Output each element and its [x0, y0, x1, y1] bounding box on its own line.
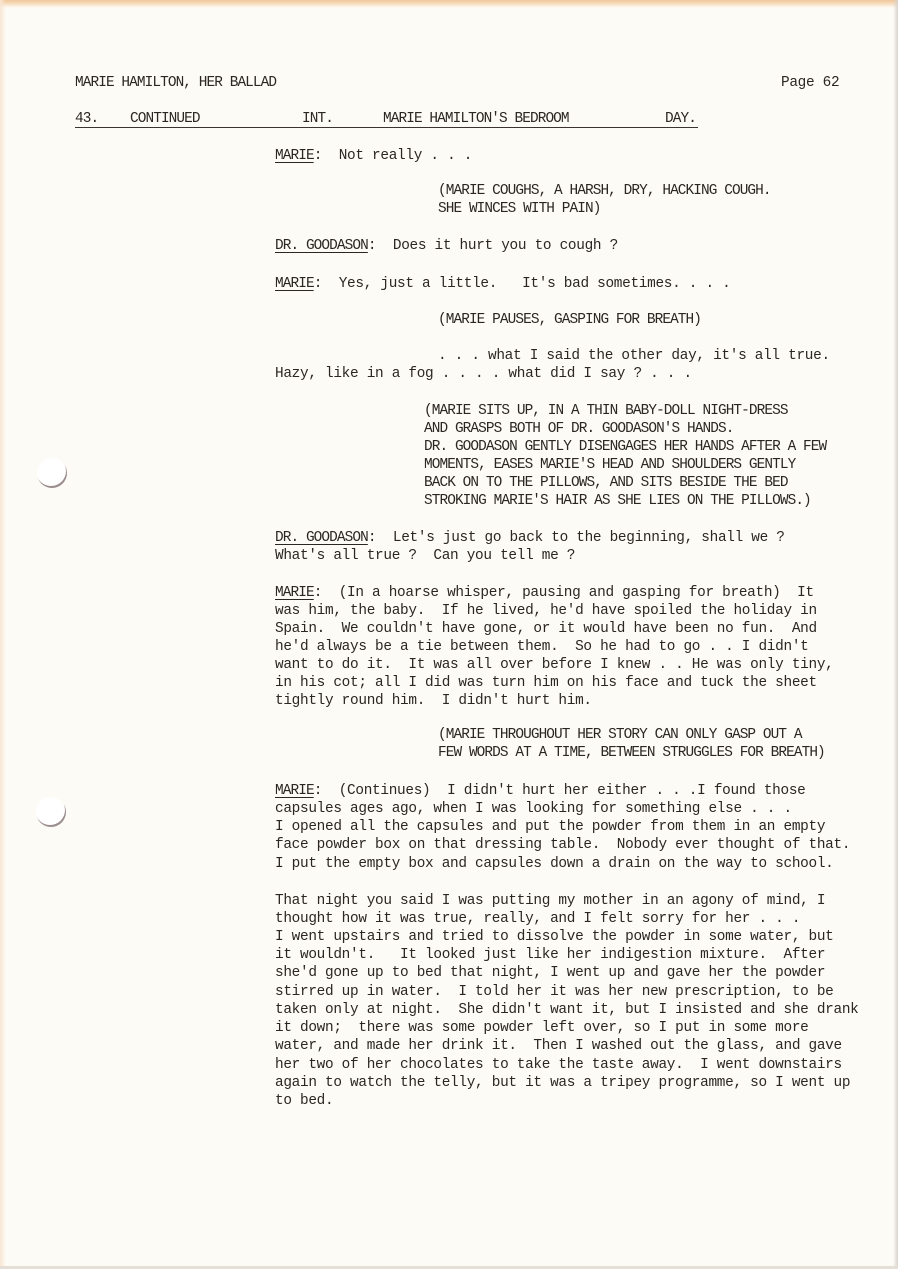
- dialogue-line: thought how it was true, really, and I f…: [275, 910, 800, 928]
- dialogue-line: face powder box on that dressing table. …: [275, 836, 850, 854]
- stage-direction-line: (MARIE PAUSES, GASPING FOR BREATH): [438, 311, 701, 329]
- scene-location: MARIE HAMILTON'S BEDROOM: [383, 110, 569, 128]
- dialogue-line: she'd gone up to bed that night, I went …: [275, 964, 825, 982]
- speaker-name: MARIE: [275, 783, 314, 799]
- speaker-name: MARIE: [275, 148, 314, 164]
- dialogue-block: MARIE: Yes, just a little. It's bad some…: [275, 275, 731, 293]
- punch-hole-icon: [37, 458, 67, 488]
- dialogue-line: Does it hurt you to cough ?: [393, 238, 618, 254]
- page-number: Page 62: [781, 74, 839, 92]
- stage-direction-line: (MARIE THROUGHOUT HER STORY CAN ONLY GAS…: [438, 726, 802, 744]
- scene-status: CONTINUED: [130, 110, 200, 128]
- dialogue-line: he'd always be a tie between them. So he…: [275, 638, 809, 656]
- dialogue-line: I opened all the capsules and put the po…: [275, 818, 825, 836]
- script-title: MARIE HAMILTON, HER BALLAD: [75, 74, 276, 92]
- scene-number: 43.: [75, 110, 98, 128]
- dialogue-line: taken only at night. She didn't want it,…: [275, 1001, 859, 1019]
- speaker-name: MARIE: [275, 276, 314, 292]
- dialogue-block: MARIE: (In a hoarse whisper, pausing and…: [275, 584, 814, 602]
- dialogue-line: Yes, just a little. It's bad sometimes. …: [339, 276, 731, 292]
- speaker-name: DR. GOODASON: [275, 530, 368, 546]
- dialogue-line: water, and made her drink it. Then I was…: [275, 1037, 842, 1055]
- stage-direction-line: DR. GOODASON GENTLY DISENGAGES HER HANDS…: [424, 438, 826, 456]
- dialogue-line: again to watch the telly, but it was a t…: [275, 1074, 850, 1092]
- dialogue-line: in his cot; all I did was turn him on hi…: [275, 674, 817, 692]
- paper-top-edge: [0, 0, 898, 8]
- dialogue-block: MARIE: (Continues) I didn't hurt her eit…: [275, 782, 806, 800]
- dialogue-line: Not really . . .: [339, 148, 472, 164]
- dialogue-line: capsules ages ago, when I was looking fo…: [275, 800, 792, 818]
- dialogue-line: was him, the baby. If he lived, he'd hav…: [275, 602, 817, 620]
- stage-direction-line: AND GRASPS BOTH OF DR. GOODASON'S HANDS.: [424, 420, 733, 438]
- stage-direction-line: MOMENTS, EASES MARIE'S HEAD AND SHOULDER…: [424, 456, 795, 474]
- dialogue-line: (Continues) I didn't hurt her either . .…: [339, 783, 806, 799]
- dialogue-line: I went upstairs and tried to dissolve th…: [275, 928, 834, 946]
- dialogue-line: I put the empty box and capsules down a …: [275, 855, 834, 873]
- dialogue-block: MARIE: Not really . . .: [275, 147, 472, 165]
- dialogue-line: it wouldn't. It looked just like her ind…: [275, 946, 825, 964]
- dialogue-line: it down; there was some powder left over…: [275, 1019, 809, 1037]
- dialogue-line: Hazy, like in a fog . . . . what did I s…: [275, 365, 692, 383]
- stage-direction-line: (MARIE COUGHS, A HARSH, DRY, HACKING COU…: [438, 182, 771, 200]
- dialogue-line: (In a hoarse whisper, pausing and gaspin…: [339, 585, 814, 601]
- dialogue-line: want to do it. It was all over before I …: [275, 656, 834, 674]
- dialogue-line: to bed.: [275, 1092, 333, 1110]
- dialogue-line: What's all true ? Can you tell me ?: [275, 547, 575, 565]
- dialogue-line: . . . what I said the other day, it's al…: [438, 347, 830, 365]
- scene-location-type: INT.: [302, 110, 333, 128]
- dialogue-block: DR. GOODASON: Does it hurt you to cough …: [275, 237, 618, 255]
- punch-hole-icon: [36, 797, 66, 827]
- stage-direction-line: FEW WORDS AT A TIME, BETWEEN STRUGGLES F…: [438, 744, 825, 762]
- stage-direction-line: SHE WINCES WITH PAIN): [438, 200, 600, 218]
- stage-direction-line: BACK ON TO THE PILLOWS, AND SITS BESIDE …: [424, 474, 788, 492]
- dialogue-line: tightly round him. I didn't hurt him.: [275, 692, 592, 710]
- stage-direction-line: (MARIE SITS UP, IN A THIN BABY-DOLL NIGH…: [424, 402, 788, 420]
- stage-direction-line: STROKING MARIE'S HAIR AS SHE LIES ON THE…: [424, 492, 811, 510]
- script-page: MARIE HAMILTON, HER BALLAD Page 62 43. C…: [0, 0, 898, 1269]
- paper-left-edge: [0, 0, 6, 1269]
- dialogue-line: Let's just go back to the beginning, sha…: [393, 530, 785, 546]
- dialogue-line: Spain. We couldn't have gone, or it woul…: [275, 620, 817, 638]
- paper-right-edge: [893, 0, 898, 1269]
- dialogue-line: stirred up in water. I told her it was h…: [275, 983, 834, 1001]
- speaker-name: MARIE: [275, 585, 314, 601]
- dialogue-line: her two of her chocolates to take the ta…: [275, 1056, 842, 1074]
- scene-time: DAY.: [665, 110, 696, 128]
- scene-heading-underline: [75, 127, 698, 128]
- dialogue-block: DR. GOODASON: Let's just go back to the …: [275, 529, 785, 547]
- speaker-name: DR. GOODASON: [275, 238, 368, 254]
- dialogue-line: That night you said I was putting my mot…: [275, 892, 825, 910]
